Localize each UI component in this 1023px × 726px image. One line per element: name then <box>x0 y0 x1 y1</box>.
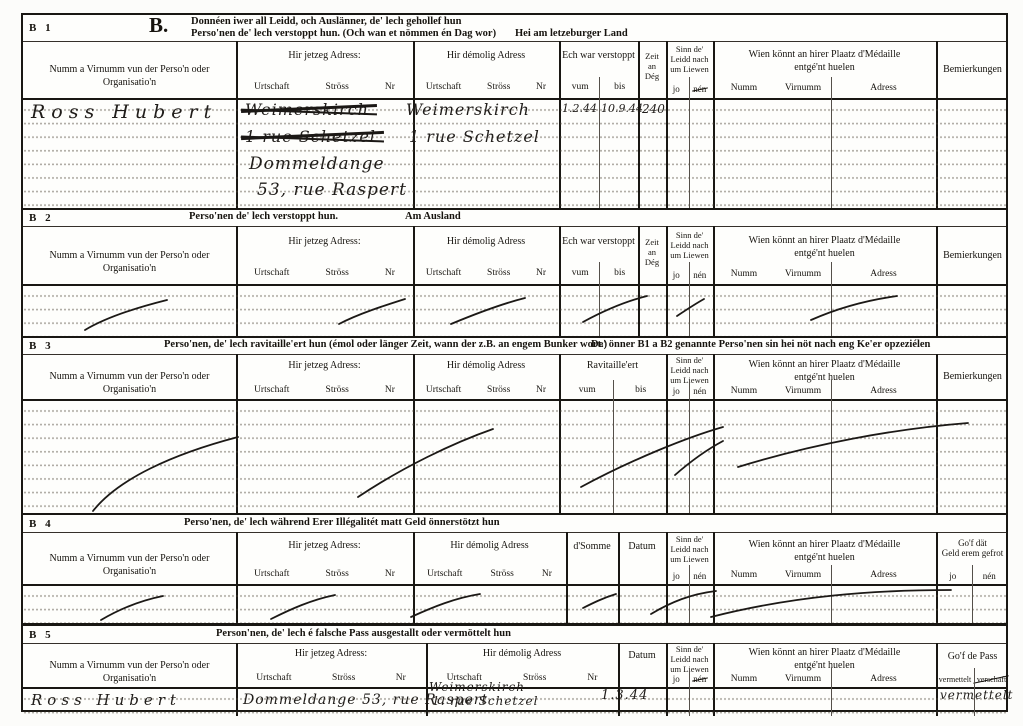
col-label-name: Numm a Virnumm vun der Perso'n oder Orga… <box>23 552 236 578</box>
sub-jo: jo <box>949 571 956 581</box>
col-label-datum: Datum <box>618 540 666 553</box>
section-b3-header: Numm a Virnumm vun der Perso'n oder Orga… <box>23 354 1006 401</box>
col-label-ravitailleert: Ravitaille'ert <box>559 359 666 372</box>
pen-stroke-group <box>23 584 1009 625</box>
sub-stross: Ströss <box>487 82 510 92</box>
sub-stross: Ströss <box>487 385 510 395</box>
col-label-current-address: Hir jetzeg Adress: <box>236 359 413 372</box>
sub-bis: bis <box>614 82 625 92</box>
sub-nr: Nr <box>536 268 546 278</box>
sub-jo: jo <box>673 84 680 94</box>
current-address-subheaders: Urtschaft Ströss Nr <box>236 385 413 395</box>
handwritten-pass-vermettelt: vermettelt <box>940 688 1014 702</box>
sub-vum: vum <box>572 82 589 92</box>
col-label-medal: Wien könnt an hirer Plaatz d'Médaille en… <box>713 358 936 384</box>
section-b1-header: Numm a Virnumm vun der Perso'n oder Orga… <box>23 41 1006 100</box>
handwritten-current-line4: 53, rue Raspert <box>257 180 407 200</box>
sub-jo: jo <box>673 386 680 396</box>
sub-urtschaft: Urtschaft <box>427 569 462 579</box>
section-b2-header: Numm a Virnumm vun der Perso'n oder Orga… <box>23 226 1006 286</box>
sub-urtschaft: Urtschaft <box>426 385 461 395</box>
sub-nen: nén <box>693 571 706 581</box>
former-address-subheaders: Urtschaft Ströss Nr <box>413 268 559 278</box>
section-b5-titlebar: B 5 Person'nen, de' lech é falsche Pass … <box>23 626 1006 644</box>
sub-numm: Numm <box>713 386 775 396</box>
sub-nr: Nr <box>385 82 395 92</box>
sub-bis: bis <box>635 385 646 395</box>
sub-vum: vum <box>572 268 589 278</box>
section-b2: B 2 Perso'nen de' lech verstoppt hun. Am… <box>23 208 1006 338</box>
section-b4-header: Numm a Virnumm vun der Perso'n oder Orga… <box>23 532 1006 586</box>
sub-stross: Ströss <box>332 673 355 683</box>
sub-stross: Ströss <box>326 569 349 579</box>
col-label-datum: Datum <box>618 649 666 662</box>
section-b2-title: Perso'nen de' lech verstoppt hun. <box>189 211 338 222</box>
sub-urtschaft: Urtschaft <box>426 268 461 278</box>
section-b3-id: B 3 <box>29 340 54 352</box>
col-label-gof-geld: Go'f dät Geld erem gefrot <box>936 538 1009 559</box>
former-address-subheaders: Urtschaft Ströss Nr <box>413 82 559 92</box>
current-address-subheaders: Urtschaft Ströss Nr <box>236 673 426 683</box>
col-label-name: Numm a Virnumm vun der Perso'n oder Orga… <box>23 659 236 685</box>
pen-stroke-group <box>23 284 1009 338</box>
handwritten-datum: 1.3.44 <box>601 688 648 703</box>
col-label-sinn: Sinn de' Leidd nach um Liewen <box>666 231 713 260</box>
sub-virnumm: Virnumm <box>775 83 831 93</box>
sub-virnumm: Virnumm <box>775 674 831 684</box>
handwritten-bis: 10.9.44 <box>601 102 643 115</box>
current-address-subheaders: Urtschaft Ströss Nr <box>236 569 413 579</box>
col-label-former-address: Hir démolig Adress <box>426 647 618 660</box>
sub-jo: jo <box>673 571 680 581</box>
col-label-verstoppt: Ech war verstoppt <box>559 235 638 248</box>
col-label-bemierkungen: Bemierkungen <box>936 63 1009 76</box>
sub-nen: nén <box>693 270 706 280</box>
col-label-current-address: Hir jetzeg Adress: <box>236 235 413 248</box>
scanned-form-page: B 1 B. Donnéen iwer all Leidd, och Auslä… <box>0 0 1023 726</box>
section-b1-body: Ross Hubert Weimerskirch 1 rue Schetzel … <box>23 98 1006 208</box>
medal-subheaders: Numm Virnumm Adress <box>713 386 936 396</box>
col-label-former-address: Hir démolig Adress <box>413 539 566 552</box>
sub-virnumm: Virnumm <box>775 386 831 396</box>
col-label-name: Numm a Virnumm vun der Perso'n oder Orga… <box>23 63 236 89</box>
handwritten-vum: 1.2.44 <box>562 102 597 115</box>
section-b1: B 1 B. Donnéen iwer all Leidd, och Auslä… <box>23 15 1006 208</box>
section-b5: B 5 Person'nen, de' lech é falsche Pass … <box>23 623 1006 716</box>
section-b4: B 4 Perso'nen, de' lech während Erer Ill… <box>23 513 1006 625</box>
sub-nen-struck: nén <box>693 84 706 94</box>
sub-nr: Nr <box>536 82 546 92</box>
sub-verschaft-struck: verschaft <box>977 675 1006 684</box>
col-label-former-address: Hir démolig Adress <box>413 235 559 248</box>
sub-urtschaft: Urtschaft <box>256 673 291 683</box>
sub-stross: Ströss <box>326 385 349 395</box>
sub-nen: nén <box>693 386 706 396</box>
section-b3-body <box>23 399 1006 515</box>
section-b1-title-line1: Donnéen iwer all Leidd, och Auslänner, d… <box>191 16 461 27</box>
sub-nr: Nr <box>536 385 546 395</box>
section-b4-id: B 4 <box>29 518 54 530</box>
col-label-current-address: Hir jetzeg Adress: <box>236 647 426 660</box>
col-label-medal: Wien könnt an hirer Plaatz d'Médaille en… <box>713 234 936 260</box>
sub-virnumm: Virnumm <box>775 269 831 279</box>
handwritten-current-struck1: Weimerskirch <box>245 100 369 119</box>
col-label-medal: Wien könnt an hirer Plaatz d'Médaille en… <box>713 48 936 74</box>
col-label-zeit-an-deg: Zeit an Dég <box>638 52 666 81</box>
sub-nr: Nr <box>396 673 406 683</box>
sub-vermettelt: vermettelt <box>939 675 971 684</box>
medal-subheaders: Numm Virnumm Adress <box>713 269 936 279</box>
sub-nen: nén <box>983 571 996 581</box>
sub-jo: jo <box>673 674 680 684</box>
sub-urtschaft: Urtschaft <box>254 82 289 92</box>
section-b5-id: B 5 <box>29 629 54 641</box>
handwritten-days: 240 <box>642 102 665 116</box>
col-label-verstoppt: Ech war verstoppt <box>559 49 638 62</box>
section-b1-title-suffix: Hei am letzeburger Land <box>515 28 628 39</box>
sub-stross: Ströss <box>491 569 514 579</box>
handwritten-former-line1: Weimerskirch <box>429 680 525 694</box>
sub-nen-struck: nén <box>693 674 706 684</box>
handwritten-former-line1: Weimerskirch <box>406 100 530 119</box>
medal-subheaders: Numm Virnumm Adress <box>713 570 936 580</box>
sub-bis: bis <box>614 268 625 278</box>
sub-vum: vum <box>579 385 596 395</box>
sub-adress: Adress <box>831 269 936 279</box>
sub-nr: Nr <box>542 569 552 579</box>
section-b2-id: B 2 <box>29 212 54 224</box>
section-b3-title: Perso'nen, de' lech ravitaille'ert hun (… <box>164 339 607 350</box>
sub-virnumm: Virnumm <box>775 570 831 580</box>
section-b3: B 3 Perso'nen, de' lech ravitaille'ert h… <box>23 336 1006 515</box>
handwritten-former-line2: 1 rue Schetzel <box>409 127 540 146</box>
section-b2-titlebar: B 2 Perso'nen de' lech verstoppt hun. Am… <box>23 210 1006 227</box>
current-address-subheaders: Urtschaft Ströss Nr <box>236 82 413 92</box>
col-label-dsomme: d'Somme <box>566 540 618 553</box>
sub-jo: jo <box>673 270 680 280</box>
sub-nr: Nr <box>385 569 395 579</box>
sub-numm: Numm <box>713 674 775 684</box>
sub-stross: Ströss <box>326 268 349 278</box>
col-label-current-address: Hir jetzeg Adress: <box>236 49 413 62</box>
section-b4-title: Perso'nen, de' lech während Erer Illégal… <box>184 517 500 528</box>
handwritten-name: Ross Hubert <box>31 691 181 709</box>
col-label-sinn: Sinn de' Leidd nach um Liewen <box>666 535 713 564</box>
col-label-sinn: Sinn de' Leidd nach um Liewen <box>666 45 713 74</box>
section-b5-body: Ross Hubert Dommeldange 53, rue Raspert … <box>23 687 1006 716</box>
section-b1-big-letter: B. <box>149 13 168 38</box>
col-label-zeit-an-deg: Zeit an Dég <box>638 238 666 267</box>
col-label-gof-pass: Go'f de Pass <box>936 650 1009 663</box>
section-b3-title-suffix: De' önner B1 a B2 genannte Perso'nen sin… <box>591 339 930 350</box>
current-address-subheaders: Urtschaft Ströss Nr <box>236 268 413 278</box>
sub-urtschaft: Urtschaft <box>254 268 289 278</box>
former-address-subheaders: Urtschaft Ströss Nr <box>413 569 566 579</box>
form-sheet: B 1 B. Donnéen iwer all Leidd, och Auslä… <box>21 13 1008 712</box>
sub-nr: Nr <box>385 268 395 278</box>
sub-urtschaft: Urtschaft <box>254 385 289 395</box>
col-label-medal: Wien könnt an hirer Plaatz d'Médaille en… <box>713 646 936 672</box>
section-b4-body <box>23 584 1006 625</box>
sub-numm: Numm <box>713 83 775 93</box>
pen-stroke-group <box>23 399 1009 515</box>
sub-adress: Adress <box>831 570 936 580</box>
col-label-name: Numm a Virnumm vun der Perso'n oder Orga… <box>23 249 236 275</box>
section-b1-id: B 1 <box>29 22 54 34</box>
sub-urtschaft: Urtschaft <box>254 569 289 579</box>
sub-stross: Ströss <box>487 268 510 278</box>
sub-stross: Ströss <box>523 673 546 683</box>
sub-nr: Nr <box>385 385 395 395</box>
sub-nr: Nr <box>587 673 597 683</box>
handwritten-current-struck2: 1 rue Schetzel <box>245 127 376 146</box>
sub-adress: Adress <box>831 674 936 684</box>
medal-subheaders: Numm Virnumm Adress <box>713 83 936 93</box>
sub-adress: Adress <box>831 386 936 396</box>
section-b2-body <box>23 284 1006 338</box>
sub-adress: Adress <box>831 83 936 93</box>
sub-numm: Numm <box>713 570 775 580</box>
section-b5-title: Person'nen, de' lech é falsche Pass ausg… <box>216 628 511 639</box>
handwritten-current-line3: Dommeldange <box>249 154 385 174</box>
col-label-former-address: Hir démolig Adress <box>413 359 559 372</box>
gof-pass-subheaders: vermettelt verschaft <box>936 675 1009 684</box>
col-label-medal: Wien könnt an hirer Plaatz d'Médaille en… <box>713 538 936 564</box>
col-label-current-address: Hir jetzeg Adress: <box>236 539 413 552</box>
section-b4-titlebar: B 4 Perso'nen, de' lech während Erer Ill… <box>23 515 1006 533</box>
col-label-bemierkungen: Bemierkungen <box>936 249 1009 262</box>
col-label-former-address: Hir démolig Adress <box>413 49 559 62</box>
col-label-name: Numm a Virnumm vun der Perso'n oder Orga… <box>23 370 236 396</box>
col-label-bemierkungen: Bemierkungen <box>936 370 1009 383</box>
handwritten-name: Ross Hubert <box>31 101 217 123</box>
handwritten-former-line2: 1. rue Schetzel <box>432 694 539 708</box>
sub-urtschaft: Urtschaft <box>426 82 461 92</box>
section-b2-title-suffix: Am Ausland <box>405 211 461 222</box>
former-address-subheaders: Urtschaft Ströss Nr <box>413 385 559 395</box>
sub-numm: Numm <box>713 269 775 279</box>
section-b3-titlebar: B 3 Perso'nen, de' lech ravitaille'ert h… <box>23 338 1006 355</box>
section-b1-title-line2: Perso'nen de' lech verstoppt hun. (Och w… <box>191 28 496 39</box>
medal-subheaders: Numm Virnumm Adress <box>713 674 936 684</box>
sub-stross: Ströss <box>326 82 349 92</box>
section-b1-titlebar: B 1 B. Donnéen iwer all Leidd, och Auslä… <box>23 15 1006 42</box>
